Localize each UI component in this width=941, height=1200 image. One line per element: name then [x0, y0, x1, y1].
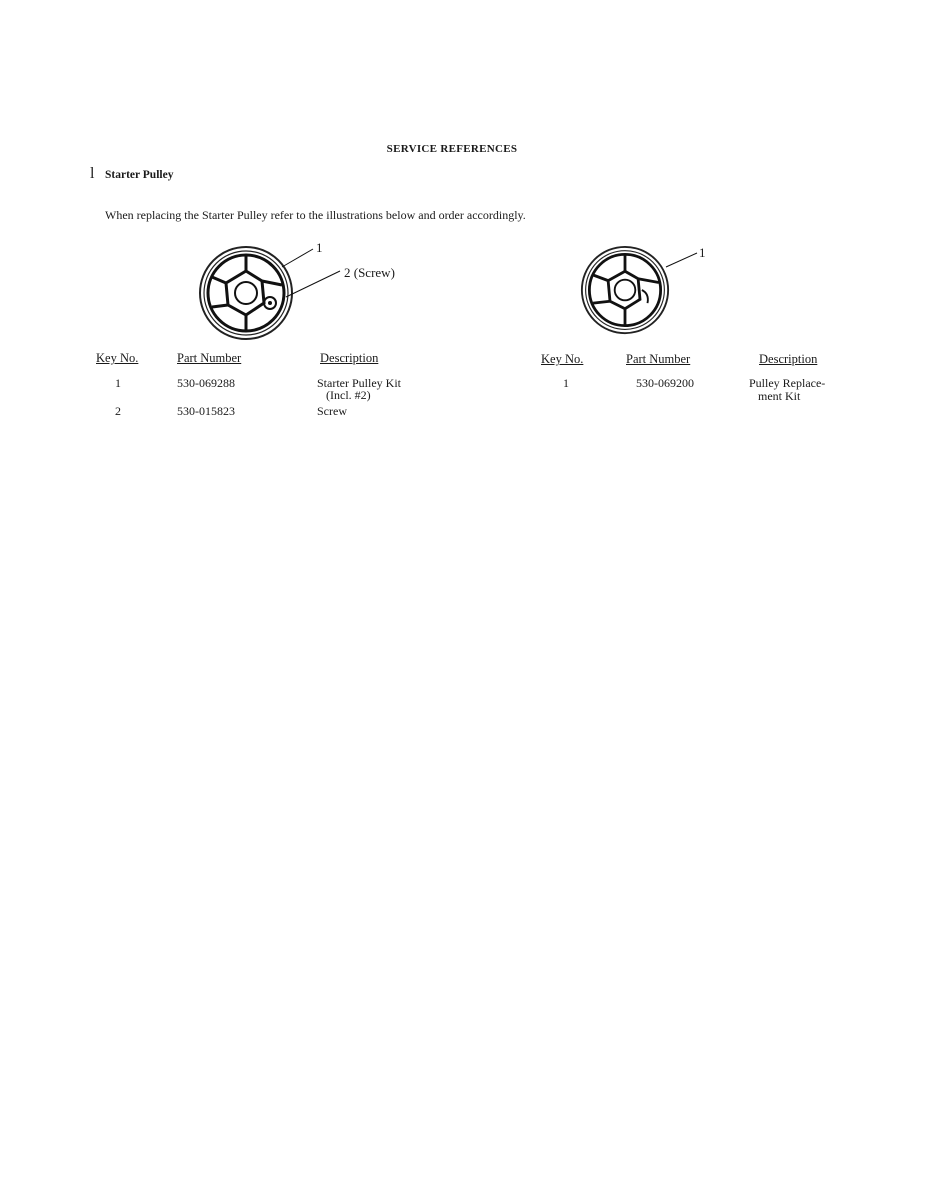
col-header-desc: Description	[320, 351, 378, 366]
callout-line-right	[664, 245, 704, 275]
row1-desc-note: (Incl. #2)	[326, 389, 371, 401]
callout-1: 1	[316, 240, 323, 256]
right-row1-key: 1	[563, 377, 569, 389]
row2-desc: Screw	[317, 405, 347, 417]
right-row1-part: 530-069200	[636, 377, 694, 389]
callout-1-right: 1	[699, 245, 706, 261]
pulley-replacement-kit-illustration	[580, 245, 670, 335]
row2-key: 2	[115, 405, 121, 417]
col-header-part-right: Part Number	[626, 352, 690, 367]
section-heading: Starter Pulley	[105, 169, 173, 181]
page-title: SERVICE REFERENCES	[0, 143, 904, 155]
callout-2-screw: 2 (Screw)	[344, 265, 395, 281]
col-header-desc-right: Description	[759, 352, 817, 367]
right-row1-desc: Pulley Replace-	[749, 377, 825, 389]
section-marker: l	[90, 165, 94, 183]
right-row1-desc-cont: ment Kit	[758, 390, 800, 402]
row1-key: 1	[115, 377, 121, 389]
col-header-key-right: Key No.	[541, 352, 583, 367]
row1-part: 530-069288	[177, 377, 235, 389]
intro-text: When replacing the Starter Pulley refer …	[105, 208, 526, 223]
col-header-key: Key No.	[96, 351, 138, 366]
row2-part: 530-015823	[177, 405, 235, 417]
callout-lines	[280, 245, 350, 305]
col-header-part: Part Number	[177, 351, 241, 366]
